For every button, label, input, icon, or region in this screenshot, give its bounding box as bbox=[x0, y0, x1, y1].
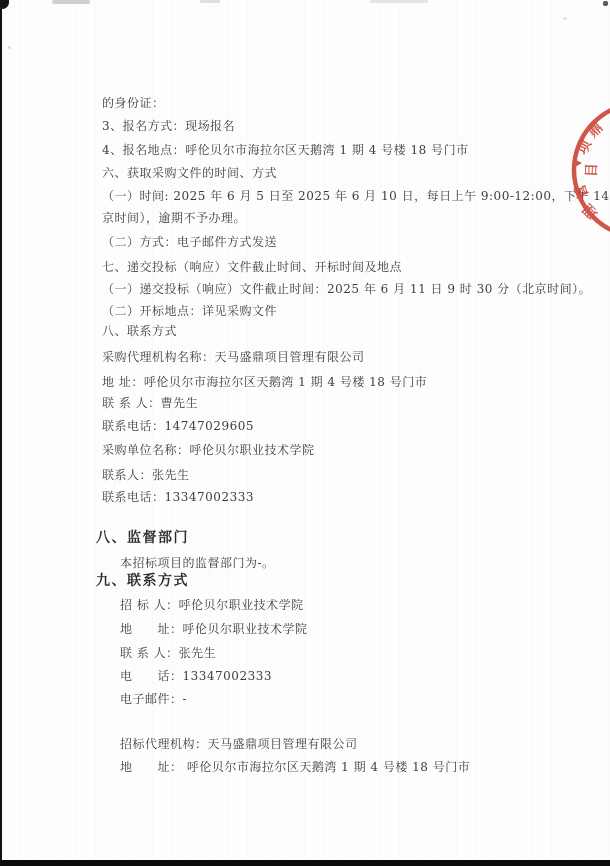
purchaser-phone-line: 联系电话：13347002333 bbox=[102, 490, 254, 505]
agent-org-line: 招标代理机构：天马盛鼎项目管理有限公司 bbox=[120, 737, 358, 752]
agency-name-line: 采购代理机构名称：天马盛鼎项目管理有限公司 bbox=[102, 350, 365, 365]
seal-char: 目 bbox=[584, 163, 600, 178]
seal-char: 项 bbox=[574, 137, 596, 158]
bid-deadline-line: （一）递交投标（响应）文件截止时间：2025 年 6 月 11 日 9 时 30… bbox=[102, 282, 591, 297]
agency-phone-line: 联系电话：14747029605 bbox=[102, 419, 254, 434]
section-seven-heading-line: 七、递交投标（响应）文件截止时间、开标时间及地点 bbox=[102, 260, 402, 275]
supervision-dept-heading: 八、监督部门 bbox=[96, 531, 189, 546]
agency-address-line: 地 址：呼伦贝尔市海拉尔区天鹅湾 1 期 4 号楼 18 号门市 bbox=[102, 375, 427, 390]
purchaser-name-line: 采购单位名称：呼伦贝尔职业技术学院 bbox=[102, 443, 315, 458]
company-seal-stamp-icon: 鼎 项 目 管 理 bbox=[566, 98, 610, 244]
scan-smudge bbox=[8, 46, 11, 49]
doc-time-line-1: （一）时间: 2025 年 6 月 5 日至 2025 年 6 月 10 日，每… bbox=[102, 189, 610, 204]
scan-smudge bbox=[563, 17, 567, 20]
scan-smudge bbox=[603, 1, 608, 6]
delivery-method-line: （二）方式：电子邮件方式发送 bbox=[102, 235, 277, 250]
scan-smudge bbox=[200, 0, 220, 3]
tenderer-line: 招 标 人：呼伦贝尔职业技术学院 bbox=[120, 598, 304, 613]
supervision-dept-body-line: 本招标项目的监督部门为-。 bbox=[120, 556, 275, 571]
agent-address-line: 地 址： 呼伦贝尔市海拉尔区天鹅湾 1 期 4 号楼 18 号门市 bbox=[120, 760, 470, 775]
tenderer-contact-line: 联 系 人：张先生 bbox=[120, 646, 216, 661]
doc-time-line-2: 京时间），逾期不予办理。 bbox=[102, 211, 246, 226]
section-eight-contact-heading: 八、联系方式 bbox=[102, 324, 177, 339]
seal-char: 鼎 bbox=[585, 119, 607, 141]
scanned-document-page: 的身份证： 3、报名方式：现场报名 4、报名地点：呼伦贝尔市海拉尔区天鹅湾 1 … bbox=[0, 0, 610, 866]
scan-edge-left-line bbox=[0, 0, 2, 866]
scan-smudge bbox=[52, 0, 90, 4]
seal-arc bbox=[574, 103, 610, 237]
scan-smudge bbox=[370, 0, 428, 3]
section-six-heading-line: 六、获取采购文件的时间、方式 bbox=[102, 166, 277, 181]
id-card-fragment-line: 的身份证： bbox=[102, 96, 165, 111]
contact-info-heading: 九、联系方式 bbox=[96, 574, 189, 589]
agency-contact-line: 联 系 人：曹先生 bbox=[102, 396, 198, 411]
bid-opening-location-line: （二）开标地点：详见采购文件 bbox=[102, 304, 277, 319]
tenderer-email-line: 电子邮件：- bbox=[120, 692, 187, 707]
scan-bottom-black-bar bbox=[0, 860, 610, 866]
tenderer-address-line: 地 址：呼伦贝尔职业技术学院 bbox=[120, 622, 308, 637]
tenderer-phone-line: 电 话：13347002333 bbox=[120, 669, 272, 684]
seal-star-fragment bbox=[574, 159, 582, 167]
signup-location-line: 4、报名地点：呼伦贝尔市海拉尔区天鹅湾 1 期 4 号楼 18 号门市 bbox=[102, 143, 469, 158]
purchaser-contact-line: 联系人：张先生 bbox=[102, 468, 190, 483]
signup-method-line: 3、报名方式：现场报名 bbox=[102, 119, 235, 134]
scan-corner-mark bbox=[0, 0, 9, 9]
